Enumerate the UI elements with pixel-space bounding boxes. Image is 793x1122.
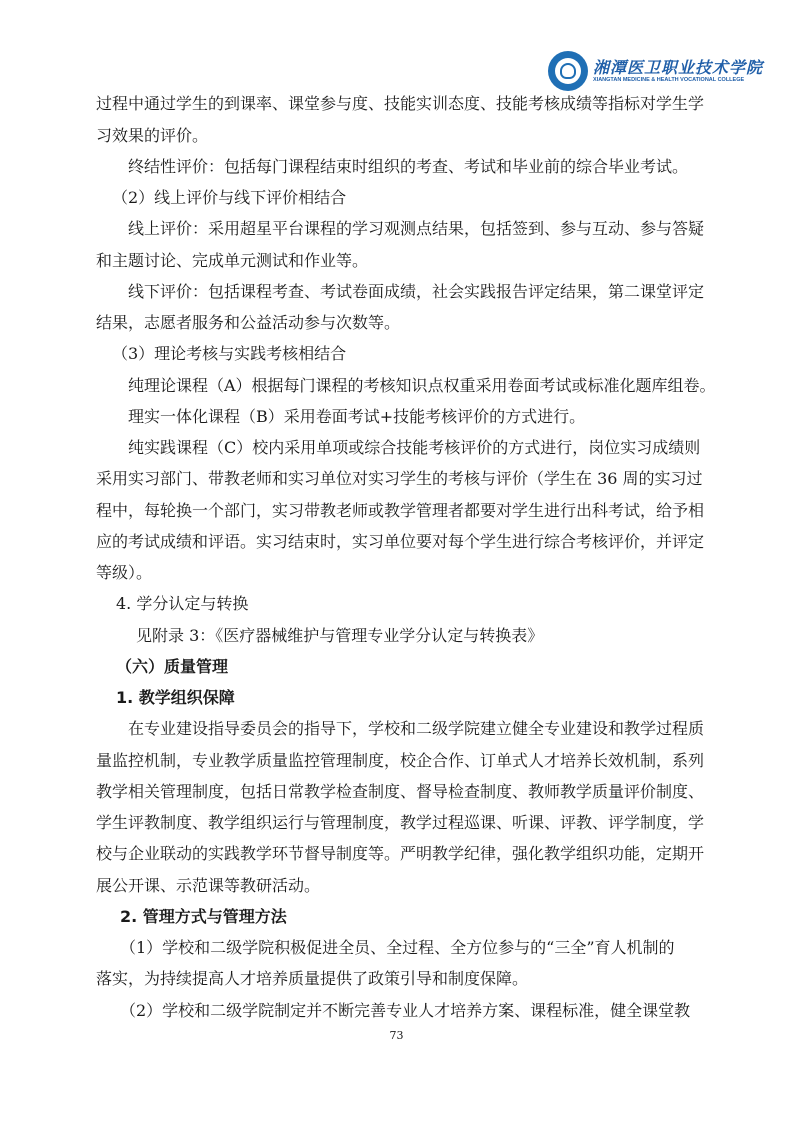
paragraph-line: 量监控机制，专业教学质量监控管理制度，校企合作、订单式人才培养长效机制，系列: [96, 751, 704, 771]
paragraph-line: 等级）。: [96, 563, 152, 583]
paragraph-line: 结果，志愿者服务和公益活动参与次数等。: [96, 313, 400, 333]
subheading: 4. 学分认定与转换: [116, 594, 248, 614]
section-heading: 1. 教学组织保障: [116, 688, 235, 708]
paragraph-line: 和主题讨论、完成单元测试和作业等。: [96, 251, 368, 271]
paragraph-line: 落实，为持续提高人才培养质量提供了政策引导和制度保障。: [96, 969, 528, 989]
page-number: 73: [0, 1029, 793, 1042]
college-emblem-icon: [548, 51, 588, 91]
paragraph-line: 应的考试成绩和评语。实习结束时，实习单位要对每个学生进行综合考核评价，并评定: [96, 532, 704, 552]
paragraph-line: （2）学校和二级学院制定并不断完善专业人才培养方案、课程标准，健全课堂教: [120, 1001, 690, 1021]
paragraph-line: 教学相关管理制度，包括日常教学检查制度、督导检查制度、教师教学质量评价制度、: [96, 782, 704, 802]
paragraph-line: 见附录 3：《医疗器械维护与管理专业学分认定与转换表》: [136, 626, 543, 646]
section-heading: 2. 管理方式与管理方法: [120, 907, 287, 927]
paragraph-line: （1）学校和二级学院积极促进全员、全过程、全方位参与的“三全”育人机制的: [120, 938, 675, 958]
college-name-cn: 湘潭医卫职业技术学院: [593, 59, 763, 77]
paragraph-line: 纯理论课程（A）根据每门课程的考核知识点权重采用卷面考试或标准化题库组卷。: [128, 376, 716, 396]
paragraph-line: 学生评教制度、教学组织运行与管理制度，教学过程巡课、听课、评教、评学制度，学: [96, 813, 704, 833]
paragraph-line: 展公开课、示范课等教研活动。: [96, 876, 320, 896]
paragraph-line: 习效果的评价。: [96, 126, 208, 146]
section-heading: （六）质量管理: [116, 657, 228, 677]
paragraph-line: 纯实践课程（C）校内采用单项或综合技能考核评价的方式进行，岗位实习成绩则: [128, 438, 700, 458]
paragraph-line: 在专业建设指导委员会的指导下，学校和二级学院建立健全专业建设和教学过程质: [128, 719, 704, 739]
subheading: （2）线上评价与线下评价相结合: [112, 188, 346, 208]
paragraph-line: 线下评价：包括课程考查、考试卷面成绩，社会实践报告评定结果，第二课堂评定: [128, 282, 704, 302]
paragraph-line: 终结性评价：包括每门课程结束时组织的考查、考试和毕业前的综合毕业考试。: [128, 157, 688, 177]
subheading: （3）理论考核与实践考核相结合: [112, 344, 346, 364]
paragraph-line: 校与企业联动的实践教学环节督导制度等。严明教学纪律，强化教学组织功能，定期开: [96, 844, 704, 864]
paragraph-line: 采用实习部门、带教老师和实习单位对实习学生的考核与评价（学生在 36 周的实习过: [96, 469, 703, 489]
college-logo: 湘潭医卫职业技术学院 XIANGTAN MEDICINE & HEALTH VO…: [548, 50, 718, 92]
paragraph-line: 线上评价：采用超星平台课程的学习观测点结果，包括签到、参与互动、参与答疑: [128, 219, 704, 239]
paragraph-line: 过程中通过学生的到课率、课堂参与度、技能实训态度、技能考核成绩等指标对学生学: [96, 94, 704, 114]
college-name: 湘潭医卫职业技术学院 XIANGTAN MEDICINE & HEALTH VO…: [593, 59, 763, 83]
college-name-en: XIANGTAN MEDICINE & HEALTH VOCATIONAL CO…: [593, 77, 763, 83]
paragraph-line: 理实一体化课程（B）采用卷面考试+技能考核评价的方式进行。: [128, 407, 585, 427]
paragraph-line: 程中，每轮换一个部门，实习带教老师或教学管理者都要对学生进行出科考试，给予相: [96, 501, 704, 521]
